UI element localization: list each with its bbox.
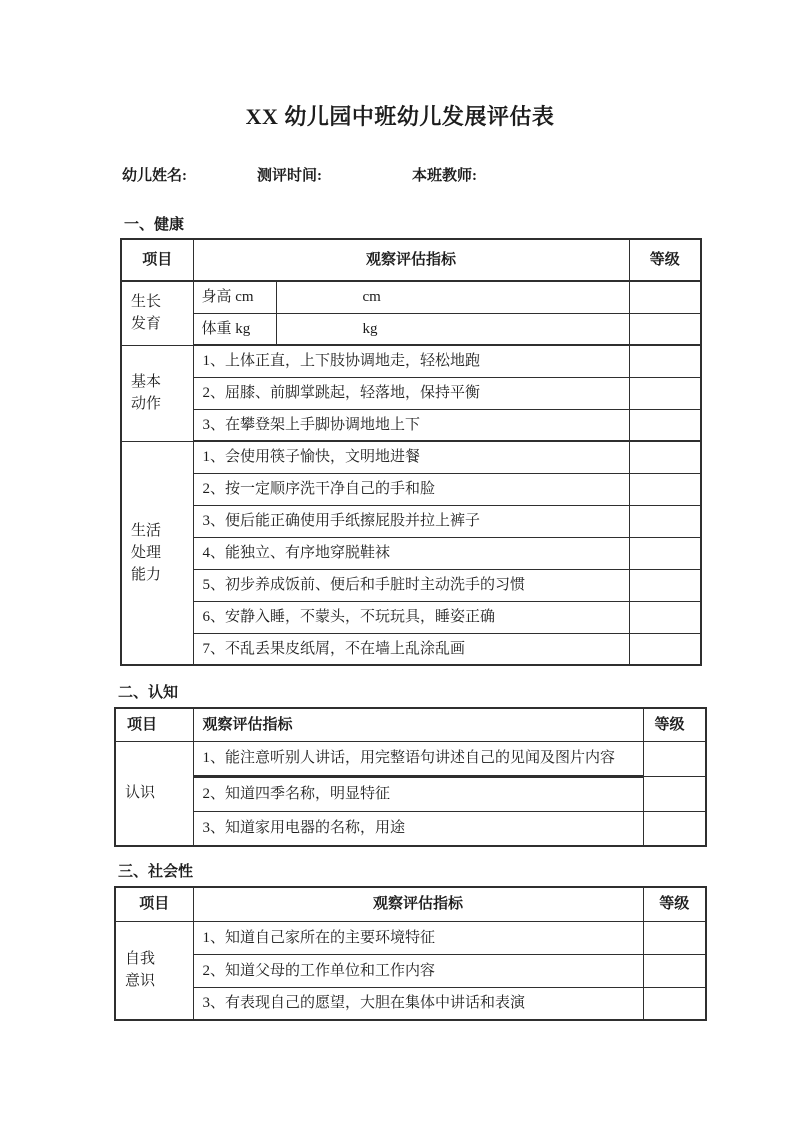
- indicator-column-header: 观察评估指标: [193, 708, 643, 741]
- table-row: 体重 kg kg: [121, 313, 701, 345]
- grade-column-header: 等级: [643, 708, 706, 741]
- grade-cell: [629, 505, 701, 537]
- indicator-cell: 2、屈膝、前脚掌跳起，轻落地，保持平衡: [193, 377, 629, 409]
- indicator-cell: 5、初步养成饭前、便后和手脏时主动洗手的习惯: [193, 569, 629, 601]
- indicator-cell: 2、知道四季名称，明显特征: [193, 776, 643, 811]
- indicator-cell: 6、安静入睡，不蒙头，不玩玩具，睡姿正确: [193, 601, 629, 633]
- table-row: 2、屈膝、前脚掌跳起，轻落地，保持平衡: [121, 377, 701, 409]
- indicator-cell: 1、上体正直，上下肢协调地走，轻松地跑: [193, 345, 629, 377]
- measure-label-cell: 身高 cm: [193, 281, 276, 313]
- table-row: 5、初步养成饭前、便后和手脏时主动洗手的习惯: [121, 569, 701, 601]
- grade-cell: [643, 954, 706, 987]
- table-row: 3、知道家用电器的名称，用途: [115, 811, 706, 846]
- grade-cell: [643, 811, 706, 846]
- grade-cell: [629, 601, 701, 633]
- indicator-cell: 1、会使用筷子愉快，文明地进餐: [193, 441, 629, 473]
- table-row: 基本 动作 1、上体正直，上下肢协调地走，轻松地跑: [121, 345, 701, 377]
- evaluation-time-label: 测评时间:: [257, 164, 412, 185]
- grade-cell: [629, 281, 701, 313]
- item-column-header: 项目: [115, 887, 193, 921]
- grade-cell: [629, 313, 701, 345]
- indicator-column-header: 观察评估指标: [193, 239, 629, 281]
- social-table: 项目 观察评估指标 等级 自我 意识 1、知道自己家所在的主要环境特征 2、知道…: [114, 886, 707, 1021]
- item-column-header: 项目: [121, 239, 193, 281]
- category-cell-selfawareness: 自我 意识: [115, 921, 193, 1020]
- grade-column-header: 等级: [643, 887, 706, 921]
- indicator-cell: 2、知道父母的工作单位和工作内容: [193, 954, 643, 987]
- grade-cell: [629, 569, 701, 601]
- section-heading-health: 一、健康: [124, 217, 800, 234]
- indicator-cell: 4、能独立、有序地穿脱鞋袜: [193, 537, 629, 569]
- measure-label-cell: 体重 kg: [193, 313, 276, 345]
- grade-cell: [629, 633, 701, 665]
- table-row: 自我 意识 1、知道自己家所在的主要环境特征: [115, 921, 706, 954]
- measure-value-cell: kg: [276, 313, 629, 345]
- indicator-cell: 7、不乱丢果皮纸屑，不在墙上乱涂乱画: [193, 633, 629, 665]
- grade-cell: [629, 377, 701, 409]
- grade-cell: [629, 409, 701, 441]
- grade-cell: [643, 987, 706, 1020]
- grade-column-header: 等级: [629, 239, 701, 281]
- indicator-cell: 3、在攀登架上手脚协调地地上下: [193, 409, 629, 441]
- table-header-row: 项目 观察评估指标 等级: [115, 708, 706, 741]
- category-cell-cognition: 认识: [115, 741, 193, 846]
- indicator-cell: 1、知道自己家所在的主要环境特征: [193, 921, 643, 954]
- grade-cell: [643, 741, 706, 776]
- indicator-cell: 3、知道家用电器的名称，用途: [193, 811, 643, 846]
- document-page: XX 幼儿园中班幼儿发展评估表 幼儿姓名:测评时间:本班教师: 一、健康 项目 …: [0, 0, 800, 1131]
- grade-cell: [643, 776, 706, 811]
- section-heading-cognition: 二、认知: [118, 685, 800, 702]
- class-teacher-label: 本班教师:: [412, 168, 477, 184]
- table-row: 2、知道父母的工作单位和工作内容: [115, 954, 706, 987]
- grade-cell: [629, 537, 701, 569]
- indicator-cell: 3、便后能正确使用手纸擦屁股并拉上裤子: [193, 505, 629, 537]
- category-cell-selfcare: 生活 处理 能力: [121, 441, 193, 665]
- cognition-table: 项目 观察评估指标 等级 认识 1、能注意听别人讲话，用完整语句讲述自己的见闻及…: [114, 707, 707, 847]
- table-row: 生长 发育 身高 cm cm: [121, 281, 701, 313]
- table-row: 3、有表现自己的愿望，大胆在集体中讲话和表演: [115, 987, 706, 1020]
- table-row: 6、安静入睡，不蒙头，不玩玩具，睡姿正确: [121, 601, 701, 633]
- table-header-row: 项目 观察评估指标 等级: [121, 239, 701, 281]
- indicator-column-header: 观察评估指标: [193, 887, 643, 921]
- category-cell-movement: 基本 动作: [121, 345, 193, 441]
- measure-value-cell: cm: [276, 281, 629, 313]
- table-row: 4、能独立、有序地穿脱鞋袜: [121, 537, 701, 569]
- table-row: 2、知道四季名称，明显特征: [115, 776, 706, 811]
- health-table: 项目 观察评估指标 等级 生长 发育 身高 cm cm 体重 kg kg 基本 …: [120, 238, 702, 666]
- indicator-cell: 3、有表现自己的愿望，大胆在集体中讲话和表演: [193, 987, 643, 1020]
- table-row: 2、按一定顺序洗干净自己的手和脸: [121, 473, 701, 505]
- grade-cell: [629, 473, 701, 505]
- document-title: XX 幼儿园中班幼儿发展评估表: [0, 103, 800, 131]
- table-row: 7、不乱丢果皮纸屑，不在墙上乱涂乱画: [121, 633, 701, 665]
- grade-cell: [629, 345, 701, 377]
- table-header-row: 项目 观察评估指标 等级: [115, 887, 706, 921]
- table-row: 3、便后能正确使用手纸擦屁股并拉上裤子: [121, 505, 701, 537]
- grade-cell: [629, 441, 701, 473]
- item-column-header: 项目: [115, 708, 193, 741]
- grade-cell: [643, 921, 706, 954]
- info-line: 幼儿姓名:测评时间:本班教师:: [122, 164, 800, 184]
- category-cell-growth: 生长 发育: [121, 281, 193, 345]
- child-name-label: 幼儿姓名:: [122, 164, 257, 185]
- table-row: 认识 1、能注意听别人讲话，用完整语句讲述自己的见闻及图片内容: [115, 741, 706, 776]
- indicator-cell: 2、按一定顺序洗干净自己的手和脸: [193, 473, 629, 505]
- table-row: 生活 处理 能力 1、会使用筷子愉快，文明地进餐: [121, 441, 701, 473]
- section-heading-social: 三、社会性: [118, 864, 800, 881]
- table-row: 3、在攀登架上手脚协调地地上下: [121, 409, 701, 441]
- indicator-cell: 1、能注意听别人讲话，用完整语句讲述自己的见闻及图片内容: [193, 741, 643, 776]
